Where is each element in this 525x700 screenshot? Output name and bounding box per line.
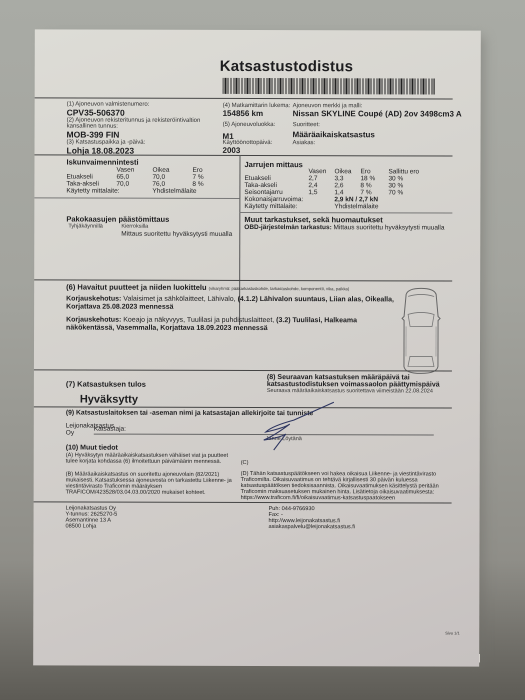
email-link[interactable]: asiakaspalvelu@leijonakatsastus.fi [269,524,356,530]
company-info: Leijonakatsastus Oy Y-tunnus: 2625270-5 … [66,505,118,529]
emissions-idle-label: Tyhjäkäynnillä [68,224,103,230]
divider [34,197,239,199]
result-value: Hyväksytty [80,394,138,406]
other-info-a: (A) Hyväksytyn määräaikaiskatsastuksen v… [66,452,241,464]
obd-check: OBD-järjestelmän tarkastus: Mittaus suor… [244,224,444,232]
divider [34,279,452,281]
other-info-b: (B) Määräaikaiskatsastus on suoritettu a… [66,471,241,495]
table-row: Käytetty mittalaite: Yhdistelmälaite [64,187,205,194]
emissions-rpm-label: Kierroksilla [121,224,148,230]
brake-test-table: Vasen Oikea Ero Sallittu ero Etuakseli 2… [242,168,421,210]
emissions-note: Mittaus suoritettu hyväksytysti muualla [121,231,232,238]
reg-value: MOB-399 FIN [67,130,120,140]
obd-label: OBD-järjestelmän tarkastus: [244,224,331,231]
reg-label: (2) Ajoneuvon rekisteritunnus ja rekiste… [67,118,227,130]
done-value: Määräaikaiskatsastus [293,130,375,139]
other-info-c: (C) [241,460,249,466]
shock-test-table: Vasen Oikea Ero Etuakseli 65,0 70,0 7 % … [64,166,205,194]
divider [34,369,452,371]
emissions-title: Pakokaasujen päästömittaus [66,215,169,224]
divider [35,154,453,156]
barcode [223,78,435,95]
done-label: Suoritteet: [293,122,320,128]
divider [34,501,452,503]
inspector-label: Katsastaja: [94,426,126,433]
intro-value: 2003 [223,146,241,155]
next-inspection-label: (8) Seuraavan katsastuksen määräpäivä ta… [267,374,457,388]
car-diagram-icon [396,286,446,376]
inspection-certificate: Katsastustodistus (1) Ajoneuvon valmiste… [33,29,481,666]
next-inspection-value: Seuraava määräaikaiskatsastus suoritetta… [267,388,433,394]
divider [239,212,452,214]
divider [35,97,453,99]
defect-item: Korjauskehotus: Koeajo ja näkyvyys, Tuul… [66,317,396,334]
table-row: Käytetty mittalaite: Yhdistelmälaite [242,203,421,210]
other-info-d: (D) Tähän katsastuspäätökseen voi hakea … [241,471,451,502]
other-checks-title: Muut tarkastukset, sekä huomautukset [244,215,382,224]
obd-value: Mittaus suoritettu hyväksytysti muualla [334,224,445,231]
defects-title: (6) Havaitut puutteet ja niiden luokitte… [66,283,349,293]
defect-item: Korjauskehotus: Valaisimet ja sähkölaitt… [66,296,396,313]
defects-subtitle: (vikaryhmä: pääkarkastuskohde, tarkastus… [209,286,350,291]
shock-test-title: Iskunvaimennintesti [66,158,138,167]
contact-info: Puh: 044-9766930 Fax: - http://www.leijo… [269,506,356,530]
customer-label: Asiakas: [293,140,316,146]
odometer-value: 154856 km [223,109,264,118]
make-value: Nissan SKYLINE Coupé (AD) 2ov 3498cm3 A [293,109,462,118]
document-title: Katsastustodistus [220,58,353,75]
result-label: (7) Katsastuksen tulos [66,379,146,388]
other-info-title: (10) Muut tiedot [66,444,118,451]
class-label: (5) Ajoneuvoluokka: [223,122,276,128]
signature-scribble [224,398,344,454]
page-number: Sivu 1/1 [445,630,459,635]
vin-value: CPV35-506370 [67,108,125,118]
